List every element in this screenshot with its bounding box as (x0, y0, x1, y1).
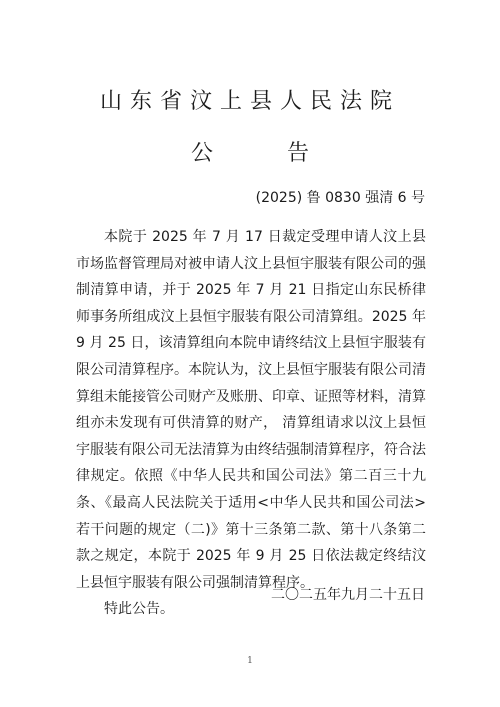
page-number: 1 (0, 656, 500, 666)
document-title: 公 告 (0, 136, 500, 167)
case-number: (2025) 鲁 0830 强清 6 号 (256, 187, 425, 207)
court-name: 山东省汶上县人民法院 (0, 84, 500, 115)
issue-date: 二〇二五年九月二十五日 (271, 584, 425, 604)
document-body: 本院于 2025 年 7 月 17 日裁定受理申请人汶上县市场监督管理局对被申请… (76, 224, 426, 623)
body-paragraph: 本院于 2025 年 7 月 17 日裁定受理申请人汶上县市场监督管理局对被申请… (76, 224, 426, 596)
